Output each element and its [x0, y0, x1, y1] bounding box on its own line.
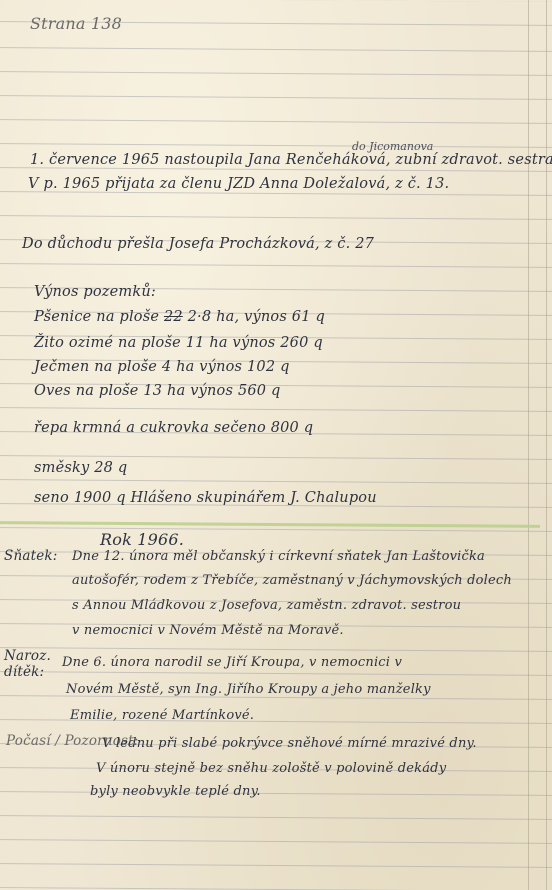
ledger-page: Strana 138 do Jicomanova 1. července 196… [0, 0, 552, 890]
harvest-row-rest: 2·8 ha, výnos 61 q [188, 309, 325, 325]
harvest-row: Žito ozimé na ploše 11 ha výnos 260 q [34, 335, 323, 351]
entry-line: Dne 6. února narodil se Jiří Kroupa, v n… [62, 655, 402, 670]
ruled-lines [0, 0, 552, 890]
entry-line: Dne 12. února měl občanský i církevní sň… [72, 549, 485, 564]
section-label-marriage: Sňatek: [4, 548, 58, 564]
entry-line: 1. července 1965 nastoupila Jana Renčehá… [30, 152, 552, 168]
entry-line: s Annou Mládkovou z Josefova, zaměstn. z… [72, 598, 461, 613]
harvest-row: Oves na ploše 13 ha výnos 560 q [34, 383, 281, 399]
struck-value: 22 [164, 309, 183, 325]
entry-line: V p. 1965 přijata za členu JZD Anna Dole… [28, 176, 449, 192]
entry-line: Novém Městě, syn Ing. Jiřího Kroupy a je… [66, 682, 431, 697]
harvest-row: Pšenice na ploše 22 2·8 ha, výnos 61 q [34, 309, 325, 325]
entry-line: V lednu při slabé pokrývce sněhové mírné… [102, 736, 477, 751]
entry-line: Emilie, rozené Martínkové. [70, 708, 254, 723]
year-heading: Rok 1966. [100, 530, 184, 549]
entry-line: byly neobvykle teplé dny. [90, 784, 261, 799]
harvest-row-text: Pšenice na ploše [34, 309, 159, 325]
section-label-births: Naroz. dítěk: [4, 648, 64, 680]
entry-line: autošofér, rodem z Třebíče, zaměstnaný v… [72, 573, 512, 588]
entry-line: v nemocnici v Novém Městě na Moravě. [72, 623, 344, 638]
right-edge-line [546, 0, 547, 890]
entry-line: V únoru stejně bez sněhu zoloště v polov… [96, 761, 446, 776]
harvest-title: Výnos pozemků: [34, 284, 156, 300]
page-header: Strana 138 [30, 14, 122, 33]
harvest-row: seno 1900 q Hlášeno skupinářem J. Chalup… [34, 490, 377, 506]
harvest-row: řepa krmná a cukrovka sečeno 800 q [34, 420, 313, 436]
entry-line: Do důchodu přešla Josefa Procházková, z … [22, 236, 374, 252]
harvest-row: směsky 28 q [34, 460, 127, 476]
harvest-row: Ječmen na ploše 4 ha výnos 102 q [34, 359, 290, 375]
right-margin-line [528, 0, 529, 890]
